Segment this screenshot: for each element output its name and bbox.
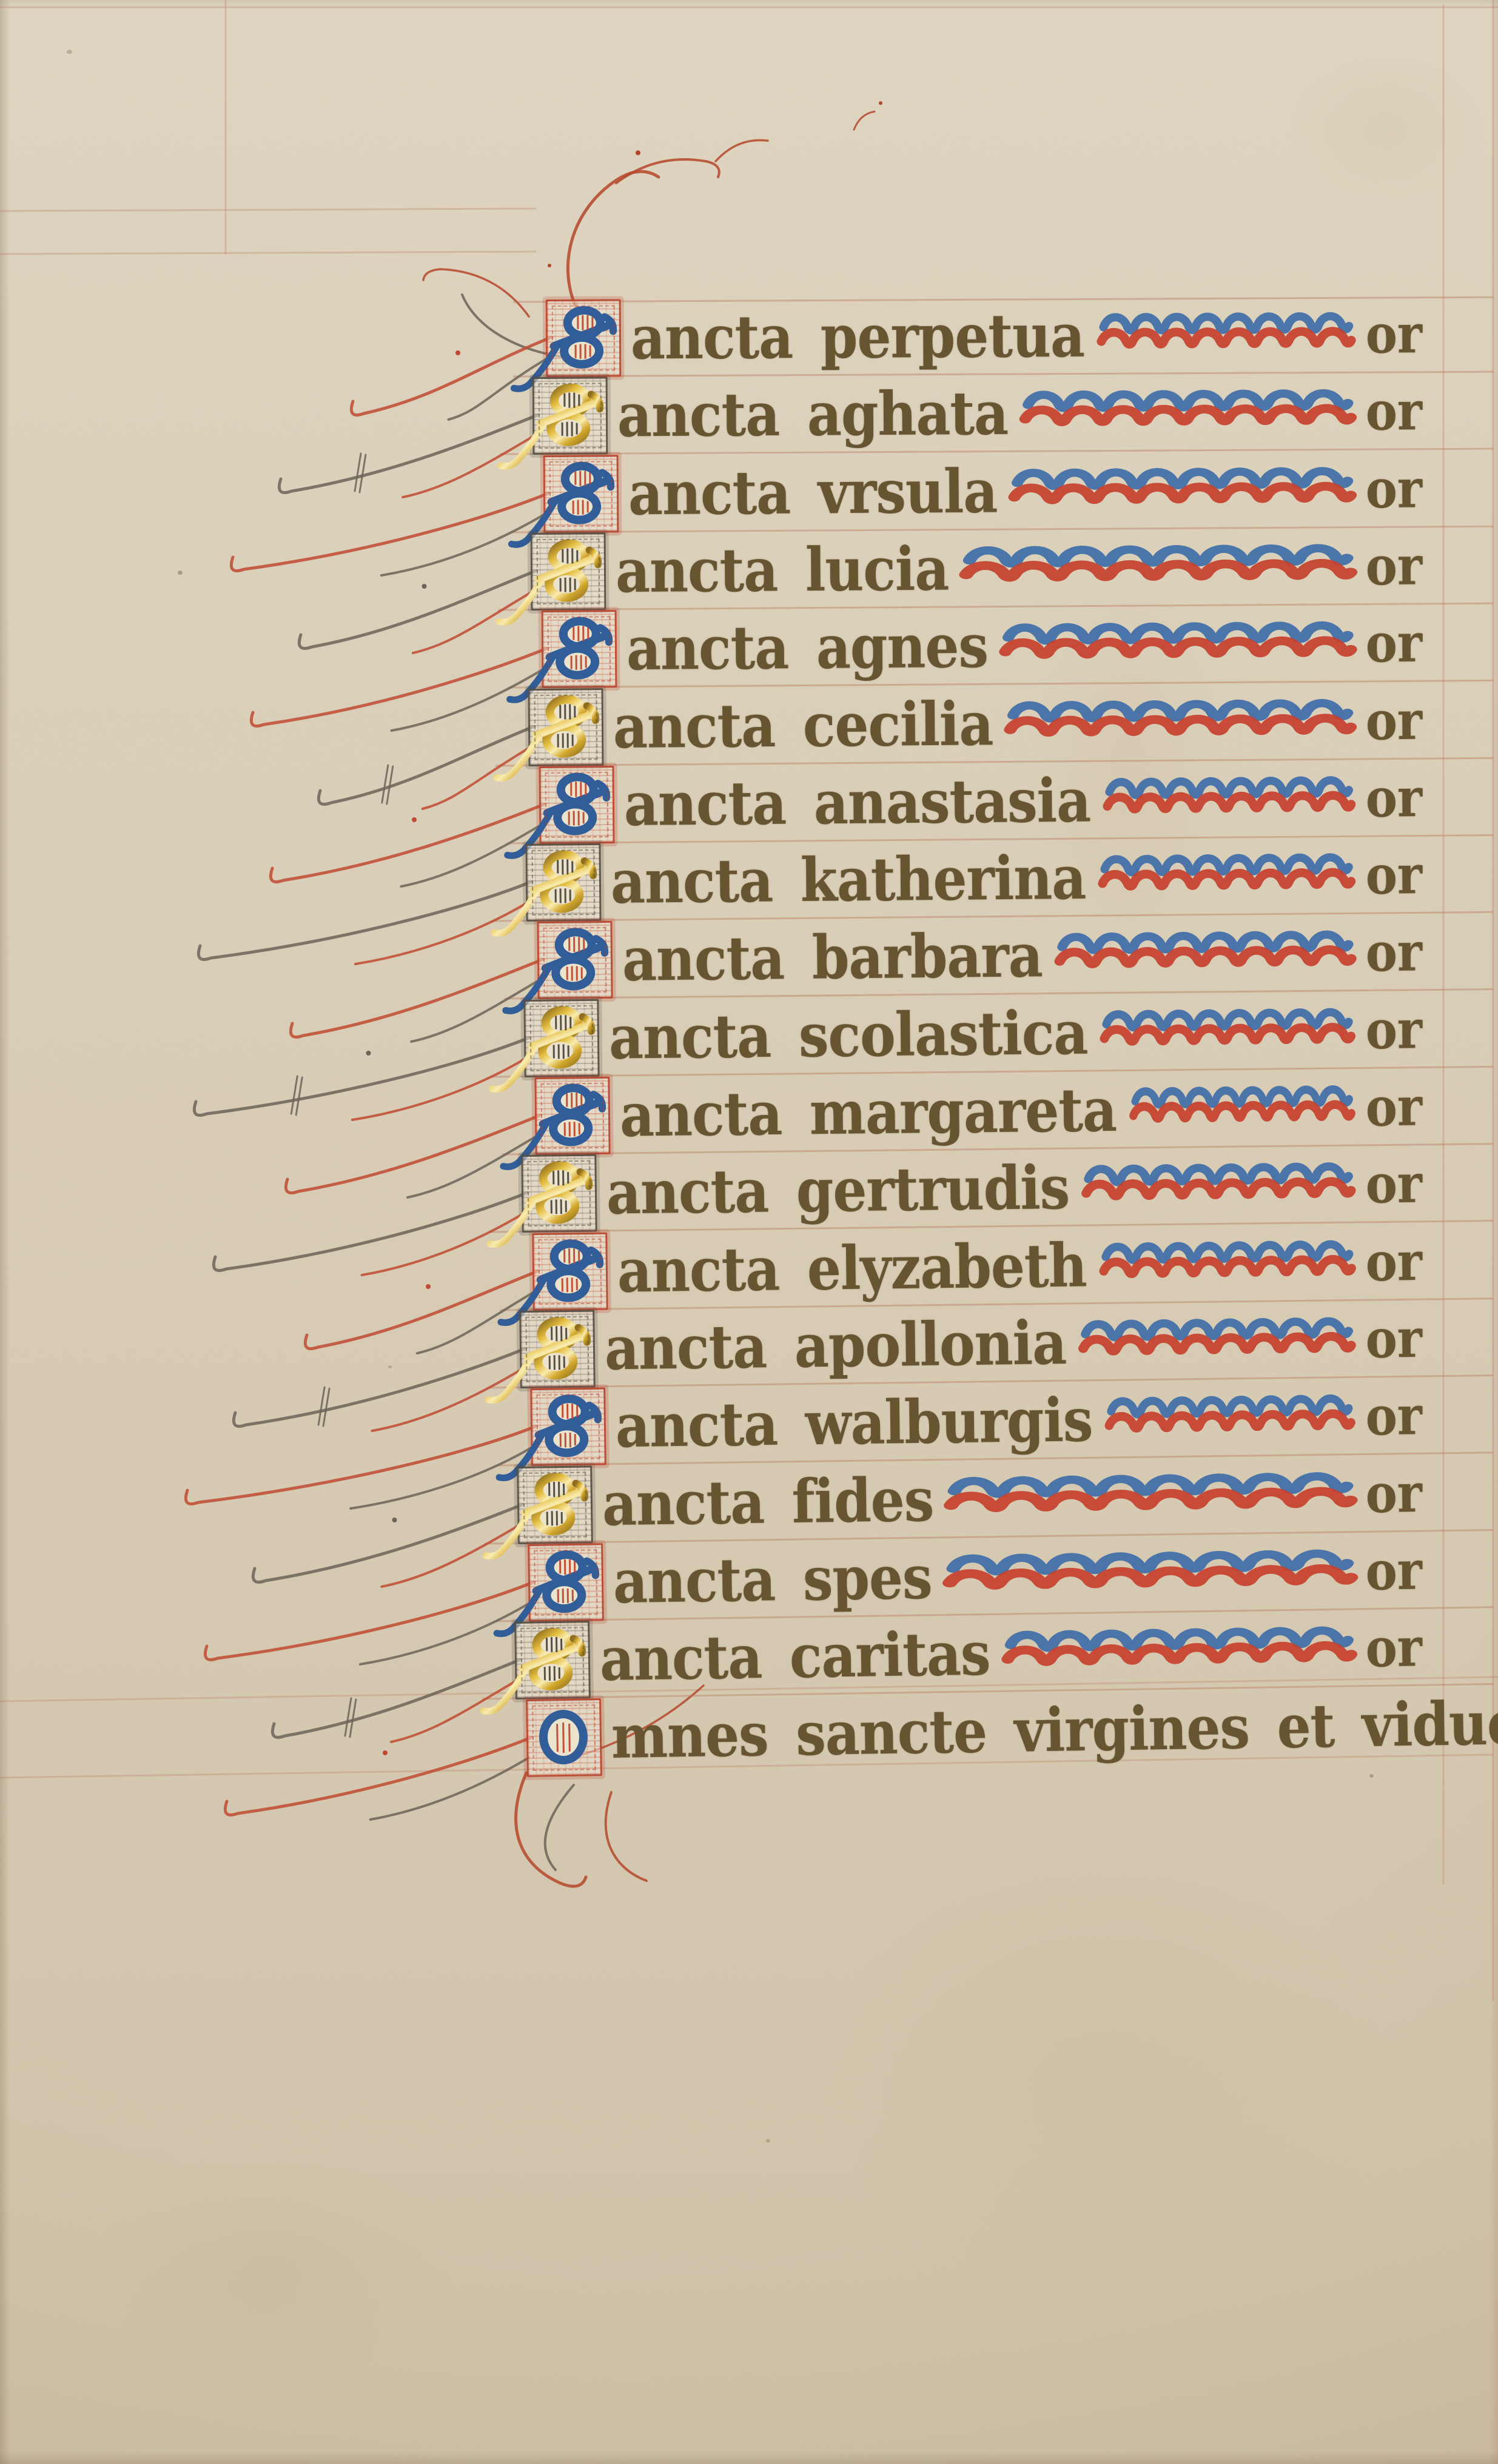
response-abbreviation: or [1365,1539,1423,1602]
initial-letterform [532,534,605,609]
litany-text: ancta caritas [599,1618,990,1695]
litany-line: ancta walburgis or [530,1377,1423,1466]
litany-text: ancta margareta [619,1074,1117,1150]
line-filler [947,1552,1352,1593]
filler-red-stroke [1133,1104,1351,1119]
response-abbreviation: or [1366,380,1423,442]
response-abbreviation: or [1365,1462,1422,1525]
litany-line: ancta agnes or [542,604,1423,688]
initial-letterform [534,378,606,453]
filler-blue-stroke [1062,934,1348,950]
litany-text: ancta aghata [617,378,1009,450]
line-filler [1106,779,1352,816]
litany-line: ancta barbara or [537,913,1422,999]
response-abbreviation: or [1365,1308,1422,1370]
initial-letterform [521,1312,594,1387]
line-filler [1085,1165,1352,1204]
filler-blue-stroke [1106,1244,1349,1260]
litany-text: ancta katherina [610,842,1086,917]
initial-letterform [525,1001,597,1076]
filler-red-stroke [1026,408,1351,422]
response-abbreviation: or [1365,1076,1422,1138]
illuminated-initial [525,843,601,922]
litany-text: ancta barbara [622,920,1043,994]
line-filler [1103,1011,1352,1048]
line-filler [1100,315,1352,352]
illuminated-initial [528,1543,604,1622]
litany-text: ancta walburgis [615,1384,1093,1461]
initial-letterform [532,1389,605,1464]
line-filler [1082,1320,1352,1359]
litany-text: ancta gertrudis [606,1152,1070,1228]
illuminated-initial [519,1310,596,1388]
initial-letterform [530,690,602,765]
litany-line: ancta anastasia or [539,759,1422,844]
filler-blue-stroke [1028,393,1348,408]
filler-blue-stroke [1013,703,1348,718]
litany-line: ancta cecilia or [528,682,1423,766]
illuminated-initial [539,766,614,844]
initial-letterform [539,923,611,997]
initial-letterform [516,1622,589,1698]
line-filler [1108,1397,1352,1435]
filler-blue-stroke [1135,1090,1349,1105]
litany-line: ancta caritas or [514,1609,1423,1699]
litany-line: ancta vrsula or [543,450,1423,533]
litany-text: ancta lucia [616,534,949,606]
filler-blue-stroke [1086,1321,1349,1337]
litany-line: ancta katherina or [525,836,1422,922]
litany-text-block: ancta perpetua or [0,0,1498,2464]
litany-text: ancta agnes [626,611,989,684]
initial-letterform [519,1467,591,1542]
illuminated-initial [543,455,619,533]
litany-line: ancta perpetua or [546,295,1423,377]
illuminated-initial [546,299,622,377]
response-abbreviation: or [1365,767,1422,829]
illuminated-initial [542,610,617,688]
filler-blue-stroke [1089,1167,1349,1183]
illuminated-initial [517,1465,593,1544]
response-abbreviation: or [1365,690,1422,752]
filler-blue-stroke [1103,316,1349,330]
litany-text: ancta vrsula [628,456,998,529]
filler-blue-stroke [970,548,1347,564]
litany-text: ancta scolastica [608,997,1088,1073]
filler-blue-stroke [1111,1398,1349,1414]
illuminated-initial [537,921,613,999]
litany-line: ancta elyzabeth or [532,1223,1422,1311]
litany-line: ancta apollonia or [519,1300,1422,1388]
initial-letterform [528,1700,600,1775]
filler-blue-stroke [1109,780,1349,795]
filler-red-stroke [1101,331,1351,344]
line-filler [1013,470,1352,507]
response-abbreviation: or [1366,535,1423,597]
litany-line: ancta margareta or [534,1068,1422,1155]
illuminated-initial [534,1077,610,1155]
response-abbreviation: or [1365,844,1422,906]
filler-red-stroke [1107,795,1351,809]
initial-letterform [529,1545,602,1620]
litany-text: ancta cecilia [613,688,993,762]
litany-text: ancta fides [602,1464,934,1539]
litany-text: ancta elyzabeth [617,1230,1087,1306]
response-abbreviation: or [1365,612,1422,675]
filler-red-stroke [1015,486,1351,500]
initial-letterform [534,1234,606,1309]
litany-line: ancta spes or [528,1532,1423,1622]
illuminated-initial [526,1698,602,1777]
litany-text: ancta perpetua [631,300,1084,373]
litany-line: ancta fides or [517,1455,1423,1544]
line-filler [1058,933,1352,971]
initial-o-glyph [543,1714,583,1761]
litany-line: ancta gertrudis or [521,1145,1422,1233]
response-abbreviation: or [1366,303,1423,365]
response-abbreviation: or [1365,1616,1423,1679]
line-filler [1132,1088,1353,1126]
line-filler [949,1475,1352,1515]
line-filler [1009,701,1352,739]
filler-red-stroke [1103,872,1351,886]
initial-letterform [536,1079,608,1153]
illuminated-initial [514,1621,591,1699]
response-abbreviation: or [1365,1153,1422,1215]
initial-letterform [540,768,613,842]
filler-blue-stroke [1008,625,1348,641]
line-filler [1004,624,1352,661]
response-abbreviation: or [1365,1231,1422,1293]
filler-red-stroke [1104,1027,1351,1042]
illuminated-initial [528,688,604,766]
illuminated-initial [530,1387,606,1466]
initial-letterform [527,845,599,920]
litany-text: ancta spes [613,1542,932,1617]
response-abbreviation: or [1365,999,1422,1061]
line-filler [964,547,1352,584]
initial-letterform [543,612,616,686]
litany-line: ancta aghata or [532,372,1423,455]
line-filler [1024,392,1352,429]
illuminated-initial [532,377,608,455]
filler-blue-stroke [1105,857,1349,872]
illuminated-initial [531,532,606,611]
illuminated-initial [532,1233,608,1311]
litany-text: ancta apollonia [604,1307,1067,1384]
filler-blue-stroke [1018,471,1348,486]
litany-text: mnes sancte virgines et vidue et [611,1686,1498,1772]
illuminated-initial [523,999,599,1077]
line-filler [1101,856,1352,894]
litany-line: ancta scolastica or [523,991,1422,1077]
response-abbreviation: or [1365,1385,1422,1447]
response-abbreviation: or [1366,458,1423,520]
line-filler [1102,1243,1352,1281]
litany-line: ancta lucia or [531,527,1423,611]
illuminated-initial [521,1154,597,1233]
initial-letterform [523,1156,595,1231]
line-filler [1006,1629,1352,1669]
filler-blue-stroke [1107,1012,1349,1028]
response-abbreviation: or [1365,921,1422,983]
initial-letterform [545,457,617,531]
initial-letterform [548,301,620,375]
litany-line: mnes sancte virgines et vidue et [526,1686,1423,1777]
manuscript-page: ancta perpetua or [0,0,1498,2464]
litany-text: ancta anastasia [624,765,1091,840]
